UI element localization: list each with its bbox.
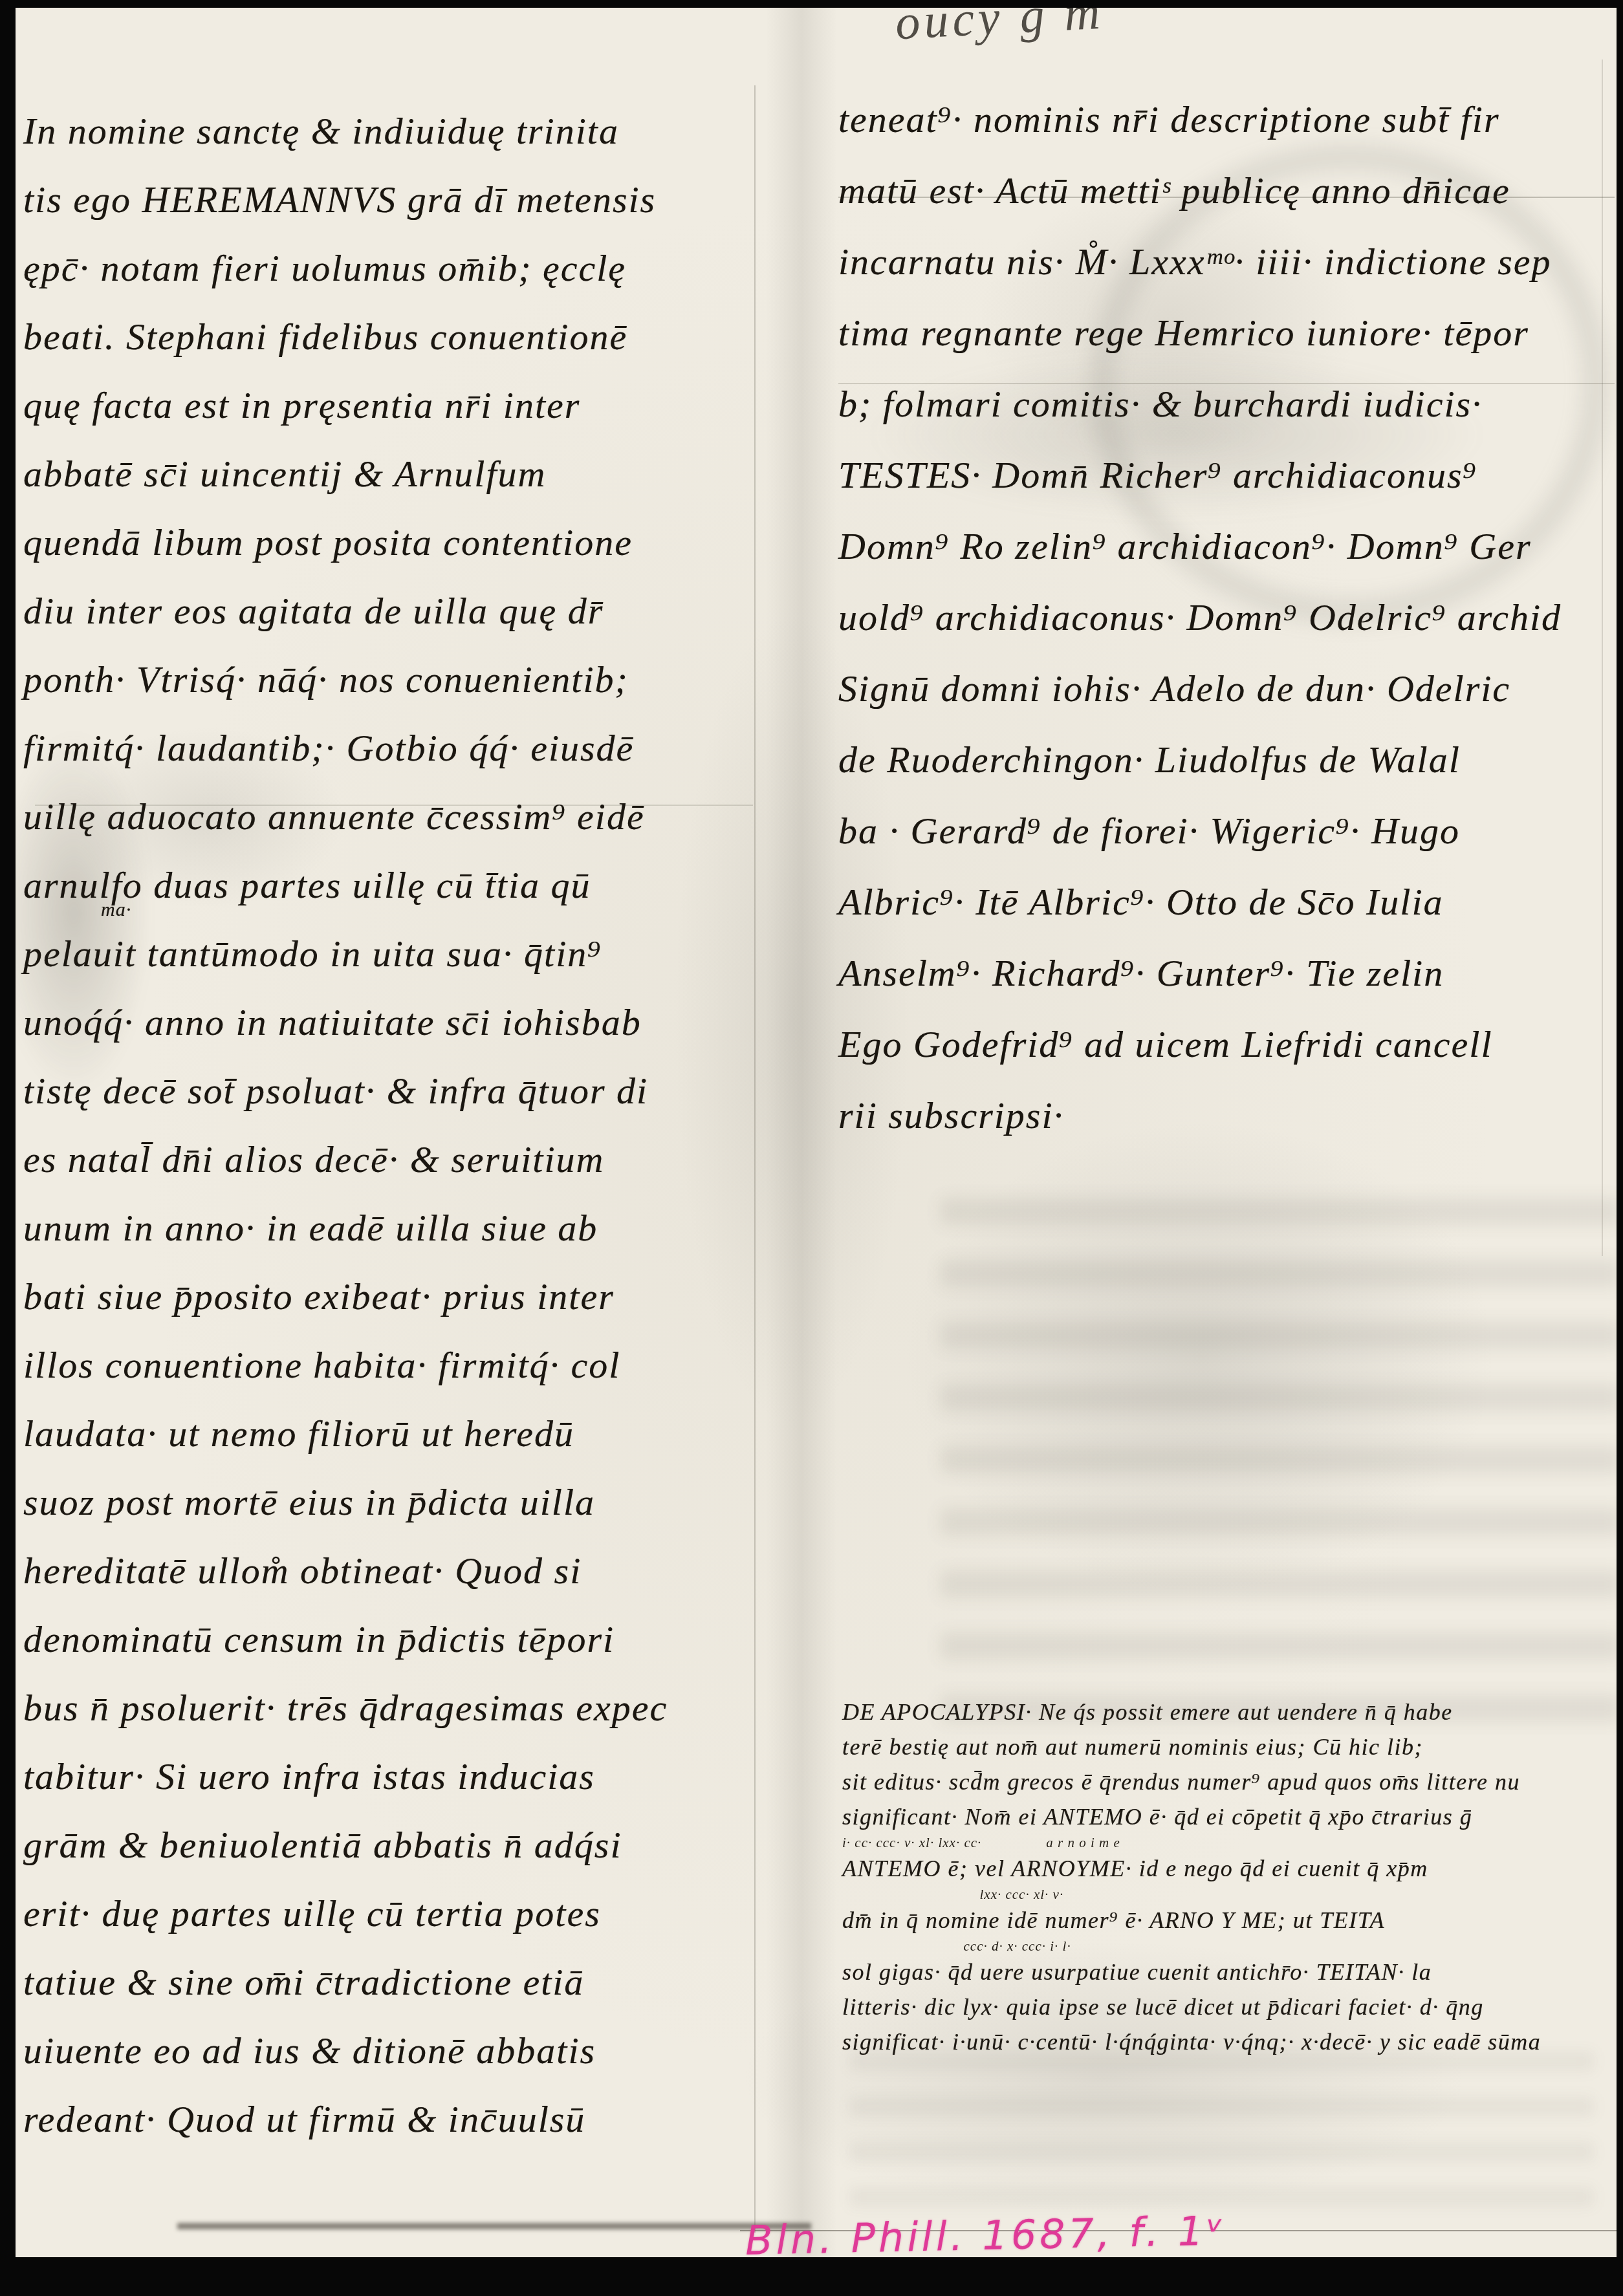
- manuscript-line: unoq́q́· anno in natiuitate sc̄i iohisba…: [23, 988, 761, 1057]
- manuscript-line: DE APOCALYPSI· Ne q́s possit emere aut u…: [842, 1695, 1617, 1729]
- manuscript-line: ba · Gerard⁹ de fiorei· Wigeric⁹· Hugo: [838, 796, 1617, 867]
- manuscript-line: denominatū censum in p̄dictis tēpori: [23, 1605, 761, 1674]
- manuscript-line: bus n̄ psoluerit· trēs q̄dragesimas expe…: [23, 1674, 761, 1742]
- manuscript-line: TESTES· Domn̄ Richer⁹ archidiaconus⁹: [838, 440, 1617, 511]
- text-show-through: [941, 1198, 1617, 1722]
- manuscript-line: suoz post mortē eius in p̄dicta uilla: [23, 1468, 761, 1537]
- manuscript-line: lxx· ccc· xl· v·: [842, 1886, 1617, 1903]
- manuscript-line: sol gigas· q̄d uere usurpatiue cuenit an…: [842, 1955, 1617, 1989]
- manuscript-line: Albric⁹· Itē Albric⁹· Otto de Sc̄o Iulia: [838, 867, 1617, 938]
- manuscript-line: incarnatu nis· M̊· Lxxxᵐᵒ· iiii· indicti…: [838, 226, 1617, 298]
- manuscript-line: pelauit tantūmodo in uita sua· q̄tin⁹ma·: [23, 920, 761, 988]
- ink-smear: [177, 2223, 811, 2229]
- manuscript-line: tistę decē sot̄ psoluat· & infra q̄tuor …: [23, 1057, 761, 1125]
- manuscript-line: illos conuentione habita· firmitq́· col: [23, 1331, 761, 1400]
- manuscript-line: arnulfo duas partes uillę cū t̄tia qū: [23, 851, 761, 920]
- manuscript-line: uold⁹ archidiaconus· Domn⁹ Odelric⁹ arch…: [838, 582, 1617, 653]
- manuscript-line: quę facta est in pręsentia nr̄i inter: [23, 371, 761, 440]
- manuscript-line: erit· duę partes uillę cū tertia potes: [23, 1879, 761, 1948]
- manuscript-line: significant· Nom̄ ei ANTEMO ē· q̄d ei cō…: [842, 1799, 1617, 1834]
- manuscript-line: Anselm⁹· Richard⁹· Gunter⁹· Tie zelin: [838, 938, 1617, 1009]
- manuscript-line: ANTEMO ē; vel ARNOYME· id e nego q̄d ei …: [842, 1851, 1617, 1886]
- manuscript-line: bati siue p̄posito exibeat· prius inter: [23, 1262, 761, 1331]
- text-show-through-lower: [850, 2039, 1594, 2207]
- manuscript-line: tima regnante rege Hemrico iuniore· tēpo…: [838, 298, 1617, 369]
- manuscript-line: Ego Godefrid⁹ ad uicem Liefridi cancell: [838, 1009, 1617, 1080]
- manuscript-line: redeant· Quod ut firmū & inc̄uulsū: [23, 2085, 761, 2154]
- shelfmark-inscription: Bln. Phill. 1687, f. 1ᵛ: [745, 2207, 1226, 2257]
- manuscript-line: tatiue & sine om̄i c̄tradictione etiā: [23, 1948, 761, 2017]
- right-text-column: teneat⁹· nominis nr̄i descriptione subt̄…: [838, 84, 1617, 1151]
- manuscript-line: terē bestię aut nom̄ aut numerū nominis …: [842, 1729, 1617, 1764]
- manuscript-line: Signū domni iohis· Adelo de dun· Odelric: [838, 653, 1617, 724]
- manuscript-line: rii subscripsi·: [838, 1080, 1617, 1151]
- manuscript-line: teneat⁹· nominis nr̄i descriptione subt̄…: [838, 84, 1617, 155]
- manuscript-line: ponth· Vtrisq́· nāq́· nos conuenientib;: [23, 645, 761, 714]
- manuscript-line: laudata· ut nemo filiorū ut heredū: [23, 1400, 761, 1468]
- manuscript-line: uillę aduocato annuente c̄cessim⁹ eidē: [23, 783, 761, 851]
- manuscript-line: matū est· Actū mettiˢ publicę anno dn̄ic…: [838, 155, 1617, 226]
- manuscript-line: es natal̄ dn̄i alios decē· & seruitium: [23, 1125, 761, 1194]
- manuscript-line: hereditatē ullom̊ obtineat· Quod si: [23, 1537, 761, 1605]
- manuscript-line: beati. Stephani fidelibus conuentionē: [23, 303, 761, 371]
- manuscript-line: grām & beniuolentiā abbatis n̄ adq́si: [23, 1811, 761, 1879]
- manuscript-line: Domn⁹ Ro zelin⁹ archidiacon⁹· Domn⁹ Ger: [838, 511, 1617, 582]
- manuscript-line: quendā libum post posita contentione: [23, 508, 761, 577]
- manuscript-line: ccc· d· x· ccc· i· l·: [842, 1938, 1617, 1955]
- manuscript-line: In nomine sanctę & indiuiduę trinita: [23, 97, 761, 166]
- center-fold-crease: [766, 8, 837, 2257]
- manuscript-line: litteris· dic lyx· quia ipse se lucē dic…: [842, 1989, 1617, 2024]
- manuscript-line: tis ego HEREMANNVS grā dī metensis: [23, 166, 761, 234]
- manuscript-line: diu inter eos agitata de uilla quę dr̄: [23, 577, 761, 645]
- manuscript-line: sit editus· scd̄m grecos ē q̄rendus nume…: [842, 1764, 1617, 1799]
- manuscript-scan: oucy g m In nomine sanctę & indiuiduę tr…: [0, 0, 1623, 2296]
- manuscript-line: firmitq́· laudantib;· Gotbio q́q́· eiusd…: [23, 714, 761, 783]
- manuscript-line: b; folmari comitis· & burchardi iudicis·: [838, 369, 1617, 440]
- manuscript-line: tabitur· Si uero infra istas inducias: [23, 1742, 761, 1811]
- left-text-column: In nomine sanctę & indiuiduę trinitatis …: [23, 97, 761, 2154]
- interlinear-superscript: ma·: [101, 900, 131, 920]
- manuscript-line: unum in anno· in eadē uilla siue ab: [23, 1194, 761, 1262]
- manuscript-line: abbatē sc̄i uincentij & Arnulfum: [23, 440, 761, 508]
- apocalypse-gloss-block: DE APOCALYPSI· Ne q́s possit emere aut u…: [842, 1695, 1617, 2059]
- top-edge-inscription-fragment: oucy g m: [894, 8, 1105, 51]
- manuscript-line: uiuente eo ad ius & ditionē abbatis: [23, 2017, 761, 2085]
- manuscript-line: significat· i·unū· c·centū· l·q́nq́ginta…: [842, 2024, 1617, 2059]
- parchment-page: oucy g m In nomine sanctę & indiuiduę tr…: [16, 8, 1617, 2257]
- manuscript-line: i· cc· ccc· v· xl· lxx· cc· a r n o i m …: [842, 1834, 1617, 1851]
- manuscript-line: de Ruoderchingon· Liudolfus de Walal: [838, 724, 1617, 796]
- manuscript-line: ępc̄· notam fieri uolumus om̄ib; ęcclę: [23, 234, 761, 303]
- manuscript-line: dm̄ in q̄ nomine idē numer⁹ ē· ARNO Y ME…: [842, 1903, 1617, 1938]
